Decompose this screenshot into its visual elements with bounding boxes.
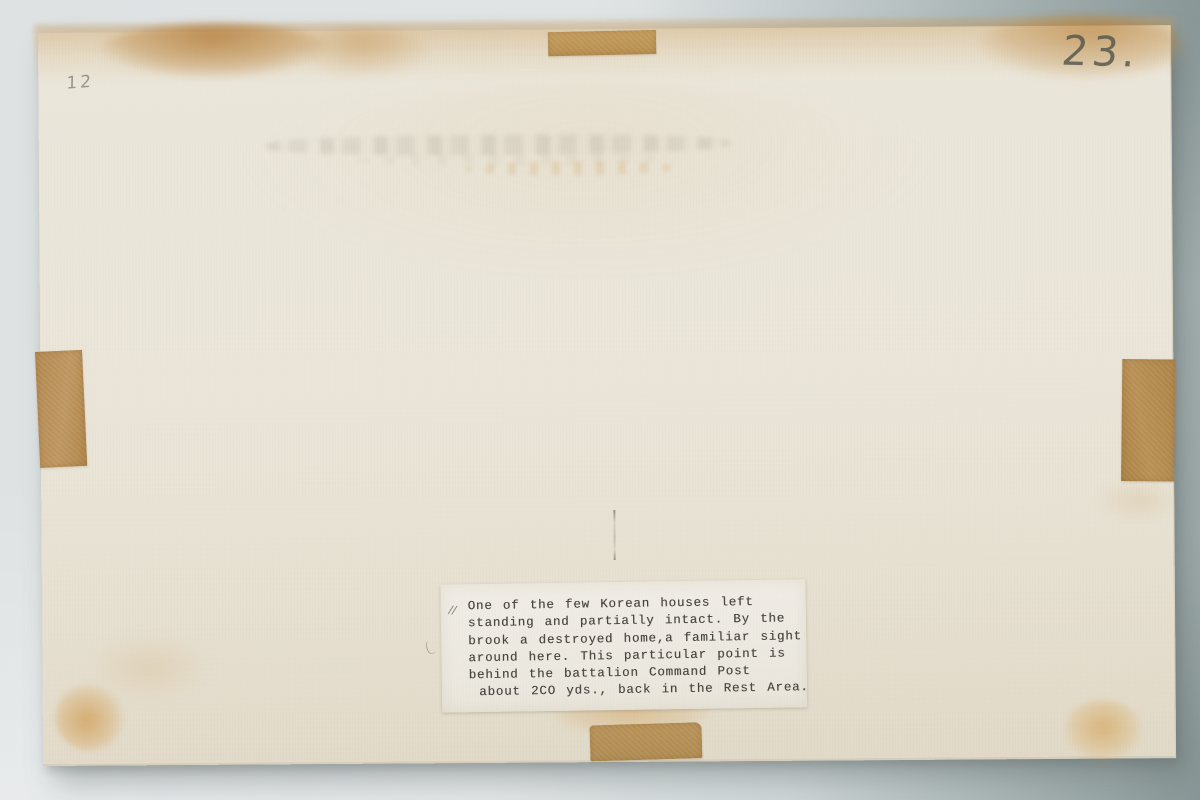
photo-backdrop: 23. 12 // One of the few Korean houses l…	[0, 0, 1200, 800]
handwritten-mark: //	[448, 603, 457, 617]
ghost-text-smudge-2	[359, 153, 659, 167]
caption-label: // One of the few Korean houses left sta…	[440, 579, 807, 712]
caption-line-6: about 2CO yds., back in the Rest Area.	[469, 680, 807, 702]
stain-top-left-tail	[288, 28, 438, 81]
stain-top-left	[96, 23, 331, 80]
pencil-line	[613, 510, 615, 560]
corner-number-pencil: 12	[66, 72, 94, 94]
ghost-specks	[464, 161, 679, 177]
tape-top	[548, 30, 656, 56]
tape-bottom	[589, 722, 702, 761]
stain-bottom-left-soft	[84, 630, 215, 705]
stain-upper-wash	[228, 77, 949, 282]
pencil-squiggle	[425, 640, 436, 656]
tape-right	[1121, 359, 1175, 482]
stain-bottom-left	[55, 682, 125, 750]
stain-mid-right	[1093, 477, 1183, 524]
page-number-pencil: 23.	[1059, 27, 1142, 77]
stain-bottom-right	[1063, 699, 1143, 762]
ghost-text-smudge	[266, 133, 731, 156]
tape-left	[35, 350, 87, 468]
photo-card-back: 23. 12 // One of the few Korean houses l…	[38, 25, 1176, 766]
